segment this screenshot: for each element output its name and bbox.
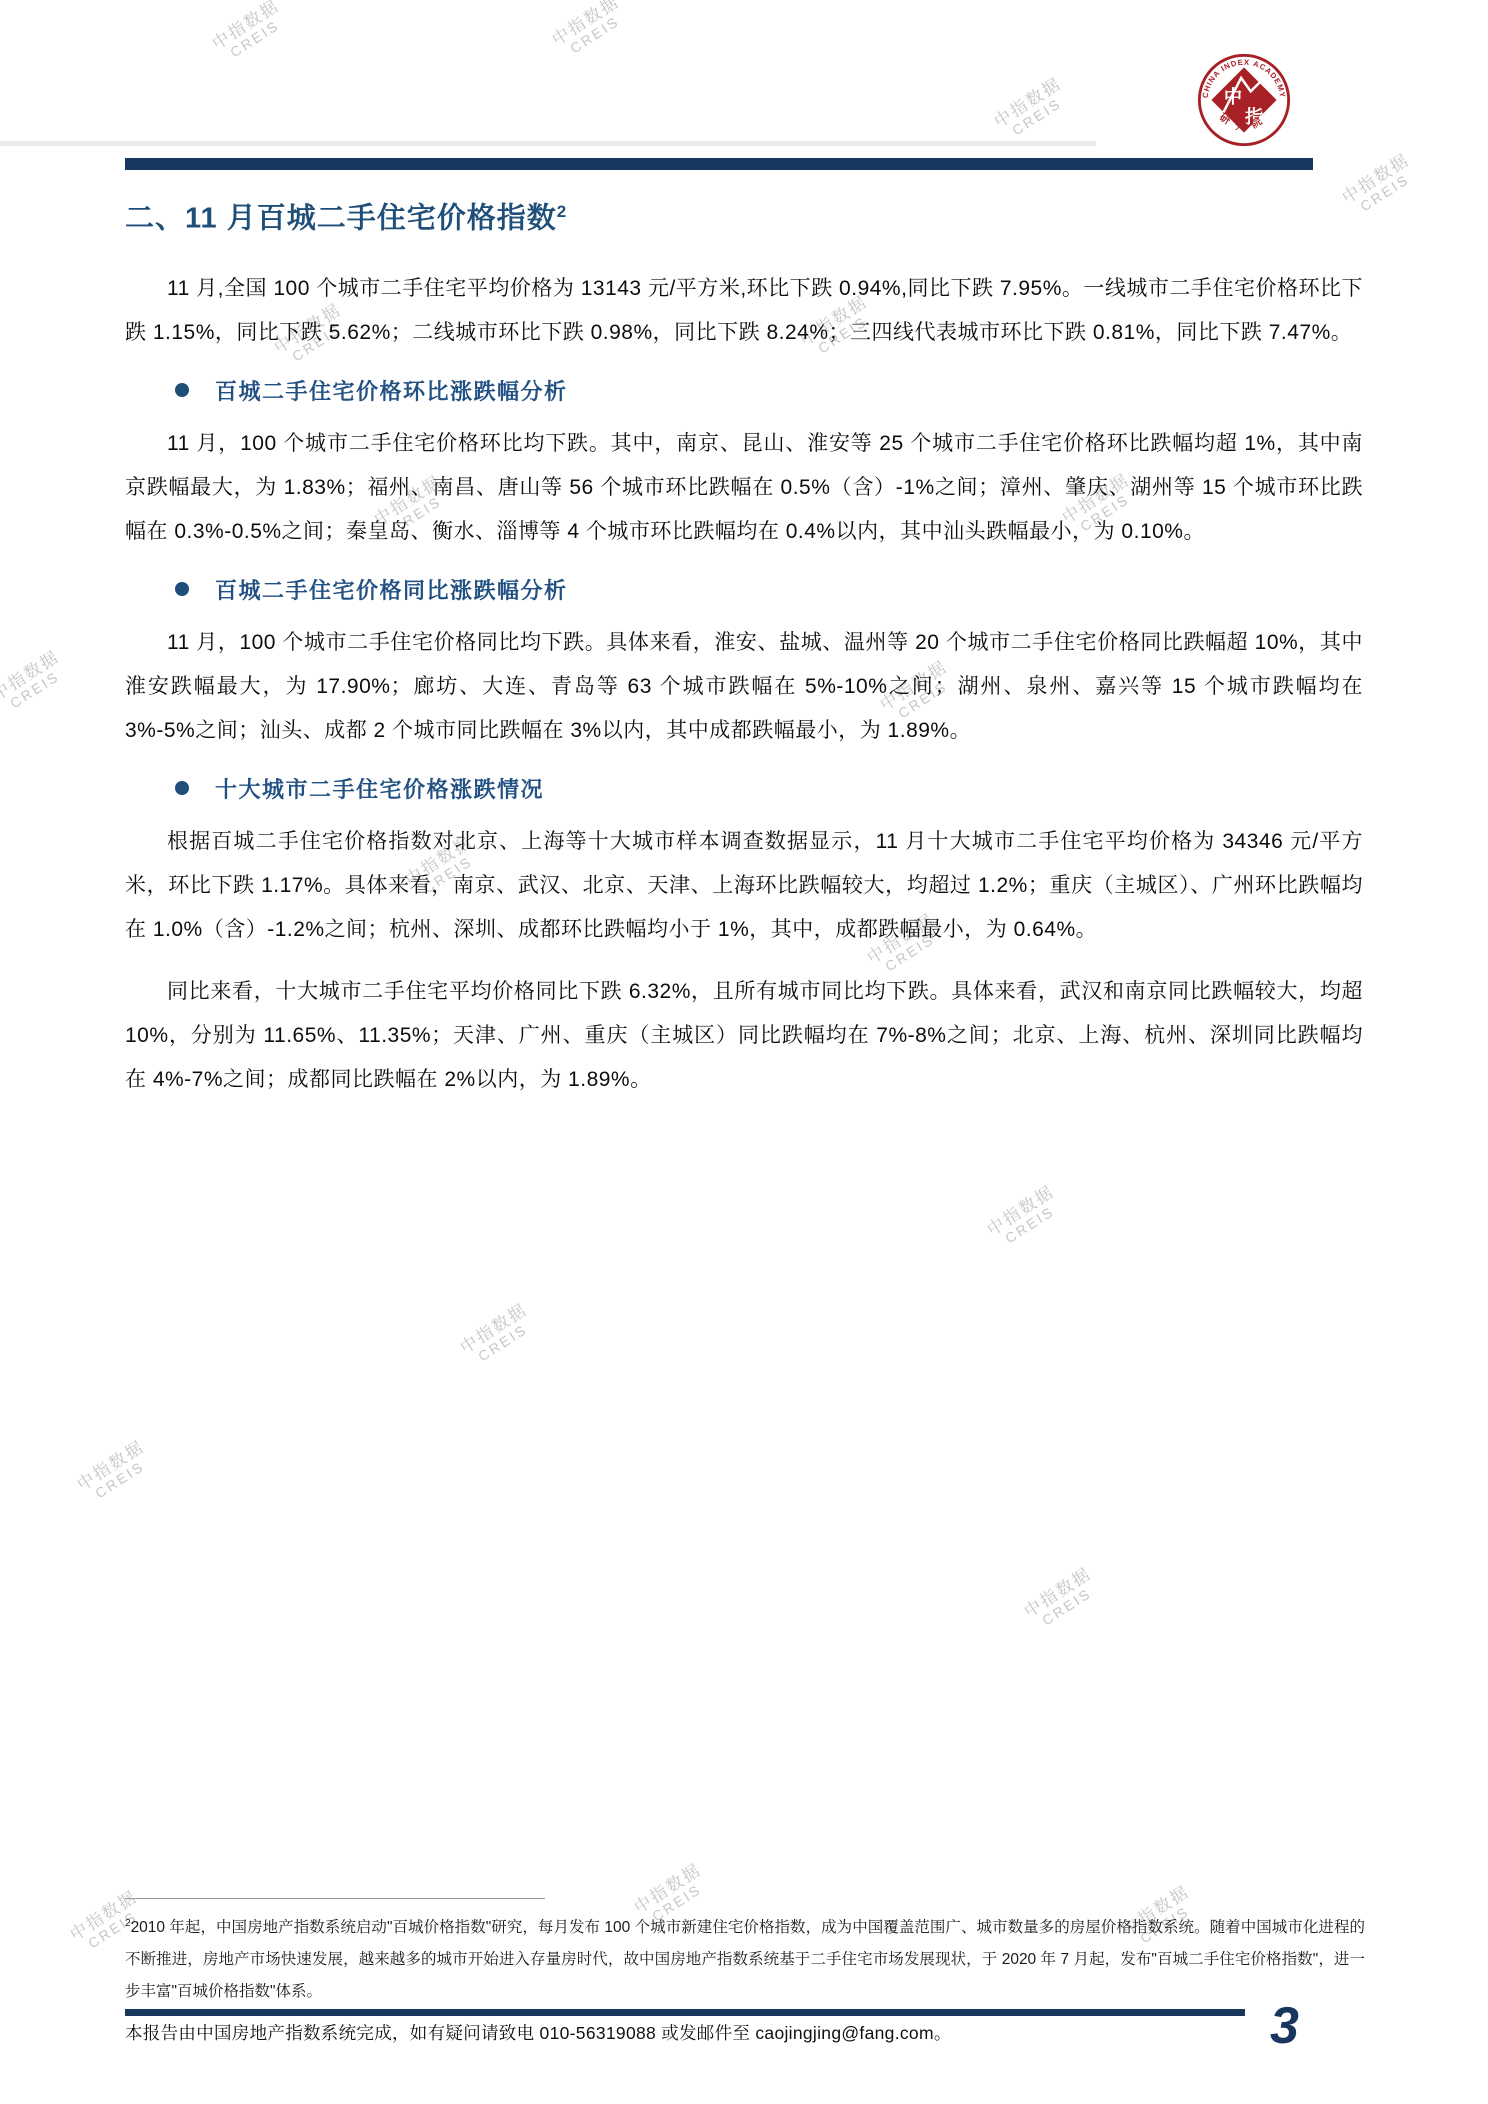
watermark: 中指数据CREIS [965,1170,1085,1264]
section-paragraph-yoy: 11 月，100 个城市二手住宅价格同比均下跌。具体来看，淮安、盐城、温州等 2… [125,621,1363,753]
page-title-footnote-ref: 2 [557,202,567,221]
section-paragraph-mom: 11 月，100 个城市二手住宅价格环比均下跌。其中，南京、昆山、淮安等 25 … [125,422,1363,554]
section-heading-top10: 十大城市二手住宅价格涨跌情况 [215,773,544,804]
header-hairline [0,141,1096,146]
section-heading-mom: 百城二手住宅价格环比涨跌幅分析 [215,375,568,406]
report-page: 中指数据CREIS 中指数据CREIS 中指数据CREIS 中指数据CREIS … [0,0,1488,2104]
page-title: 二、11 月百城二手住宅价格指数2 [125,190,1363,241]
page-number: 3 [1270,1996,1299,2056]
section-heading-yoy: 百城二手住宅价格同比涨跌幅分析 [215,574,568,605]
section-paragraph-top10-mom: 根据百城二手住宅价格指数对北京、上海等十大城市样本调查数据显示，11 月十大城市… [125,820,1363,952]
intro-paragraph: 11 月,全国 100 个城市二手住宅平均价格为 13143 元/平方米,环比下… [125,267,1363,355]
watermark-text: 中指数据 [530,0,641,61]
watermark-text: CREIS [66,1441,175,1520]
watermark-text: CREIS [449,1304,558,1383]
footer-rule [125,2009,1245,2016]
header-rule [125,158,1313,170]
watermark-text: 中指数据 [1002,1552,1113,1633]
watermark-text: 中指数据 [972,62,1083,143]
section-heading-row-top10: 十大城市二手住宅价格涨跌情况 [125,773,1363,804]
section-heading-row-yoy: 百城二手住宅价格同比涨跌幅分析 [125,574,1363,605]
watermark-text: 中指数据 [55,1425,166,1506]
watermark: 中指数据CREIS [438,1288,558,1382]
watermark-text: CREIS [201,0,310,79]
watermark-text: CREIS [541,0,650,75]
footnote-divider [125,1898,545,1899]
footnote-text: 22010 年起，中国房地产指数系统启动"百城价格指数"研究，每月发布 100 … [125,1908,1365,2008]
logo-char-left: 中 [1224,86,1242,107]
watermark-text: CREIS [1013,1568,1122,1647]
watermark: 中指数据CREIS [190,0,310,79]
bullet-icon [175,582,189,596]
watermark-text: CREIS [0,651,90,730]
watermark-text: 中指数据 [190,0,301,65]
watermark: 中指数据CREIS [1002,1552,1122,1646]
footer-text: 本报告由中国房地产指数系统完成，如有疑问请致电 010-56319088 或发邮… [125,2020,1245,2045]
footnote-body: 2010 年起，中国房地产指数系统启动"百城价格指数"研究，每月发布 100 个… [125,1919,1365,2000]
watermark-text: 中指数据 [438,1288,549,1369]
watermark-text: CREIS [976,1186,1085,1265]
bullet-icon [175,383,189,397]
watermark: 中指数据CREIS [55,1425,175,1519]
cia-logo-svg: CHINA INDEX ACADEMY 中 指 研究院 [1196,52,1292,148]
watermark-text: 中指数据 [0,635,81,716]
cia-logo: CHINA INDEX ACADEMY 中 指 研究院 [1196,52,1292,148]
page-title-text: 二、11 月百城二手住宅价格指数 [125,203,557,235]
footnote-area: 22010 年起，中国房地产指数系统启动"百城价格指数"研究，每月发布 100 … [125,1898,1365,2008]
bullet-icon [175,781,189,795]
section-heading-row-mom: 百城二手住宅价格环比涨跌幅分析 [125,375,1363,406]
watermark-text: 中指数据 [965,1170,1076,1251]
watermark: 中指数据CREIS [530,0,650,75]
main-content: 二、11 月百城二手住宅价格指数2 11 月,全国 100 个城市二手住宅平均价… [125,190,1363,1120]
watermark: 中指数据CREIS [0,635,90,729]
section-paragraph-top10-yoy: 同比来看，十大城市二手住宅平均价格同比下跌 6.32%，且所有城市同比均下跌。具… [125,970,1363,1102]
